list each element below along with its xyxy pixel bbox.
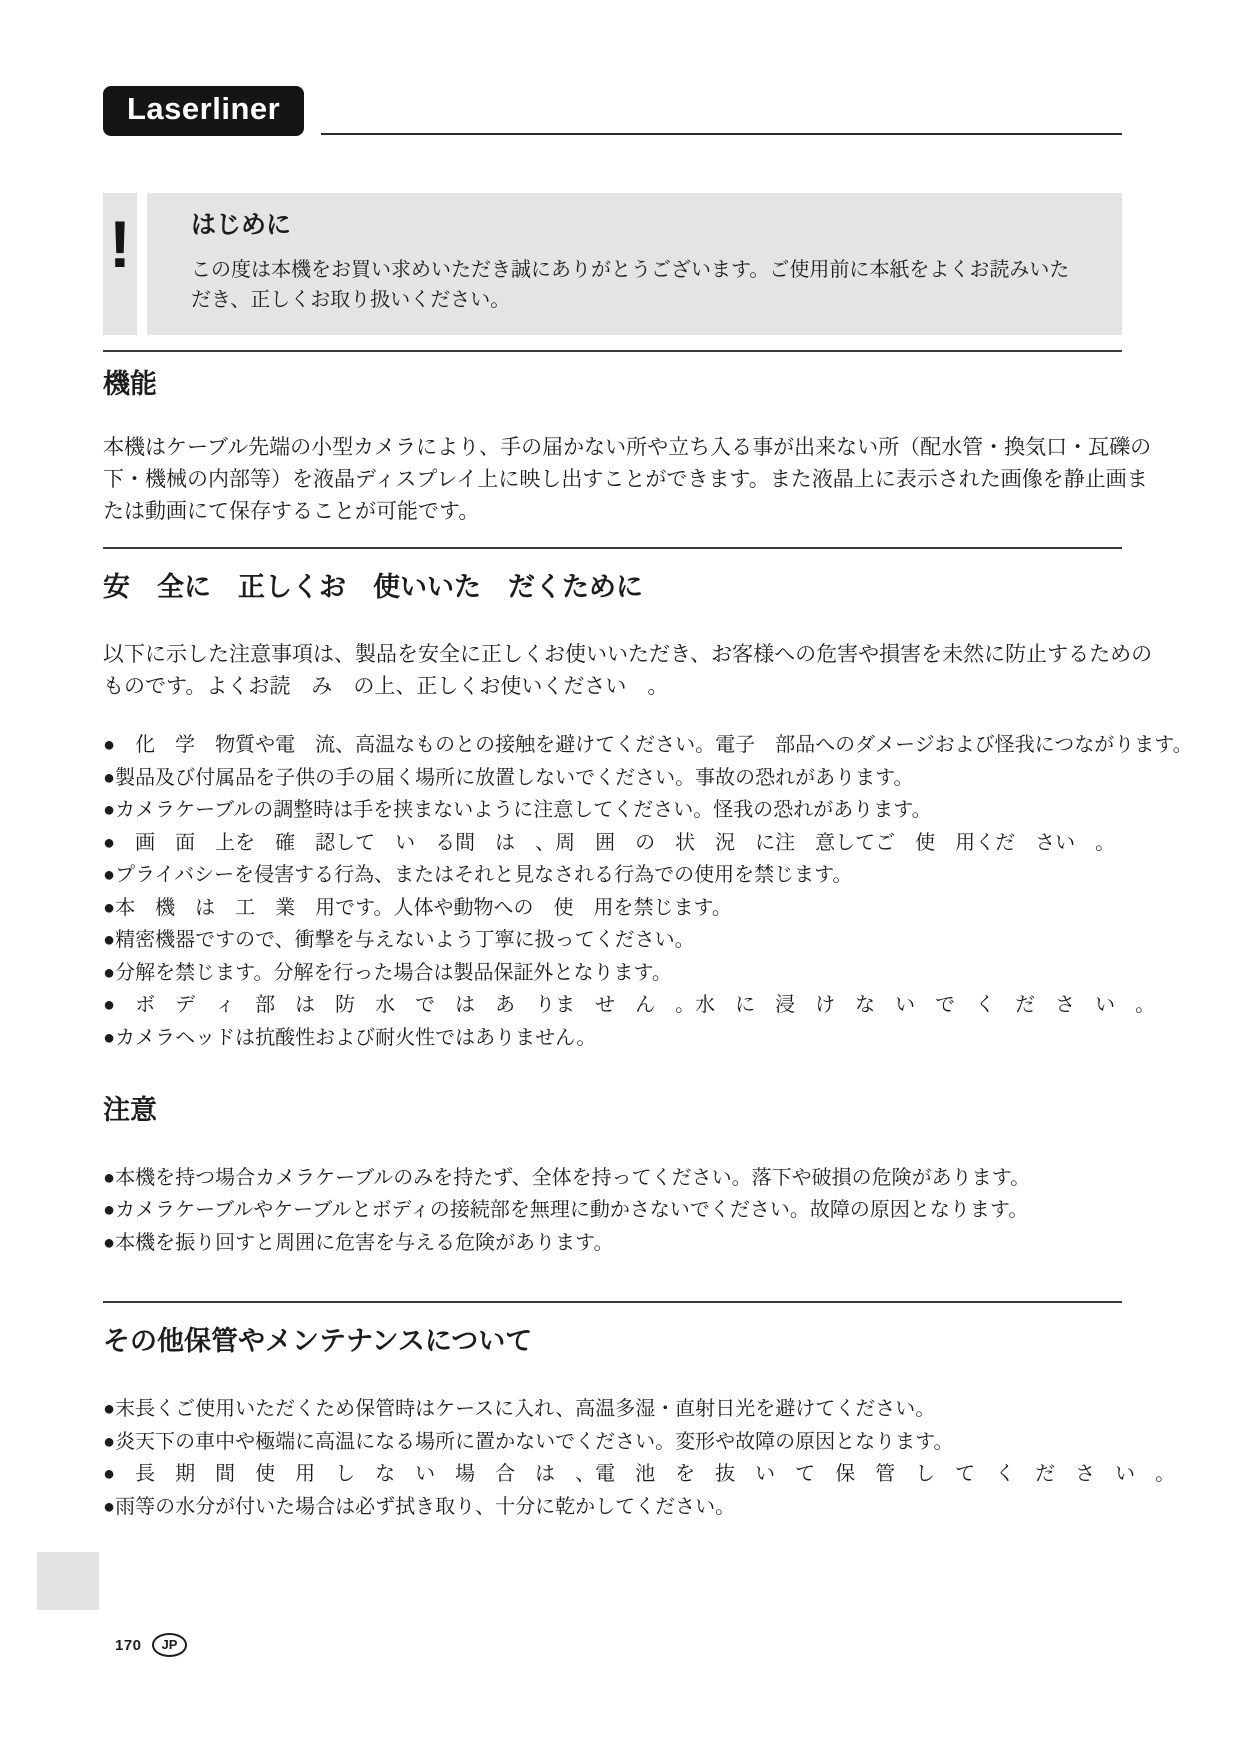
manual-page: Laserliner ! はじめに この度は本機をお買い求めいただき誠にありがと…	[0, 0, 1241, 1754]
section-maintenance: その他保管やメンテナンスについて ●末長くご使用いただくため保管時はケースに入れ…	[103, 1325, 1163, 1523]
intro-box: はじめに この度は本機をお買い求めいただき誠にありがとうございます。ご使用前に本…	[147, 193, 1122, 335]
section-body: 以下に示した注意事項は、製品を安全に正しくお使いいただき、お客様への危害や損害を…	[103, 639, 1163, 703]
bullet-list: ●末長くご使用いただくため保管時はケースに入れ、高温多湿・直射日光を避けてくださ…	[103, 1393, 1163, 1523]
list-item: ●カメラケーブルやケーブルとボディの接続部を無理に動かさないでください。故障の原…	[103, 1194, 1163, 1227]
header-rule	[321, 133, 1122, 135]
section-divider	[103, 350, 1122, 352]
footer: 170 JP	[115, 1633, 187, 1657]
list-item: ●製品及び付属品を子供の手の届く場所に放置しないでください。事故の恐れがあります…	[103, 762, 1163, 795]
section-body: 本機はケーブル先端の小型カメラにより、手の届かない所や立ち入る事が出来ない所（配…	[103, 432, 1163, 528]
laserliner-logo: Laserliner	[103, 86, 304, 136]
list-item: ●カメラヘッドは抗酸性および耐火性ではありません。	[103, 1022, 1163, 1055]
corner-square	[37, 1552, 99, 1610]
section-divider	[103, 1301, 1122, 1303]
list-item: ● ボ デ ィ 部 は 防 水 で は あ りま せ ん 。水 に 浸 け な …	[103, 989, 1163, 1022]
list-item: ●雨等の水分が付いた場合は必ず拭き取り、十分に乾かしてください。	[103, 1491, 1163, 1524]
list-item: ●本 機 は 工 業 用です。人体や動物への 使 用を禁じます。	[103, 892, 1163, 925]
section-caution: 注意 ●本機を持つ場合カメラケーブルのみを持たず、全体を持ってください。落下や破…	[103, 1094, 1163, 1259]
list-item: ● 化 学 物質や電 流、高温なものとの接触を避けてください。電子 部品へのダメ…	[103, 729, 1163, 762]
list-item: ●カメラケーブルの調整時は手を挟まないように注意してください。怪我の恐れがありま…	[103, 794, 1163, 827]
intro-body: この度は本機をお買い求めいただき誠にありがとうございます。ご使用前に本紙をよくお…	[191, 255, 1082, 315]
list-item: ● 長 期 間 使 用 し な い 場 合 は 、電 池 を 抜 い て 保 管…	[103, 1458, 1163, 1491]
section-divider	[103, 547, 1122, 549]
bullet-list: ● 化 学 物質や電 流、高温なものとの接触を避けてください。電子 部品へのダメ…	[103, 729, 1163, 1054]
section-safety: 安 全に 正しくお 使いいた だくために 以下に示した注意事項は、製品を安全に正…	[103, 571, 1163, 1054]
intro-note: ! はじめに この度は本機をお買い求めいただき誠にありがとうございます。ご使用前…	[103, 193, 1122, 335]
region-badge: JP	[152, 1633, 188, 1657]
list-item: ●本機を持つ場合カメラケーブルのみを持たず、全体を持ってください。落下や破損の危…	[103, 1162, 1163, 1195]
list-item: ●本機を振り回すと周囲に危害を与える危険があります。	[103, 1227, 1163, 1260]
page-number: 170	[115, 1637, 142, 1654]
section-title: 安 全に 正しくお 使いいた だくために	[103, 571, 1163, 605]
list-item: ● 画 面 上を 確 認して い る間 は 、周 囲 の 状 況 に注 意してご…	[103, 827, 1163, 860]
list-item: ●炎天下の車中や極端に高温になる場所に置かないでください。変形や故障の原因となり…	[103, 1426, 1163, 1459]
intro-title: はじめに	[191, 205, 1082, 241]
list-item: ●精密機器ですので、衝撃を与えないよう丁寧に扱ってください。	[103, 924, 1163, 957]
section-title: 注意	[103, 1094, 1163, 1128]
list-item: ●プライバシーを侵害する行為、またはそれと見なされる行為での使用を禁じます。	[103, 859, 1163, 892]
list-item: ●末長くご使用いただくため保管時はケースに入れ、高温多湿・直射日光を避けてくださ…	[103, 1393, 1163, 1426]
section-features: 機能 本機はケーブル先端の小型カメラにより、手の届かない所や立ち入る事が出来ない…	[103, 368, 1163, 529]
header: Laserliner	[103, 86, 1122, 136]
list-item: ●分解を禁じます。分解を行った場合は製品保証外となります。	[103, 957, 1163, 990]
section-title: その他保管やメンテナンスについて	[103, 1325, 1163, 1359]
section-title: 機能	[103, 368, 1163, 402]
warning-exclamation-icon: !	[103, 193, 137, 335]
bullet-list: ●本機を持つ場合カメラケーブルのみを持たず、全体を持ってください。落下や破損の危…	[103, 1162, 1163, 1260]
